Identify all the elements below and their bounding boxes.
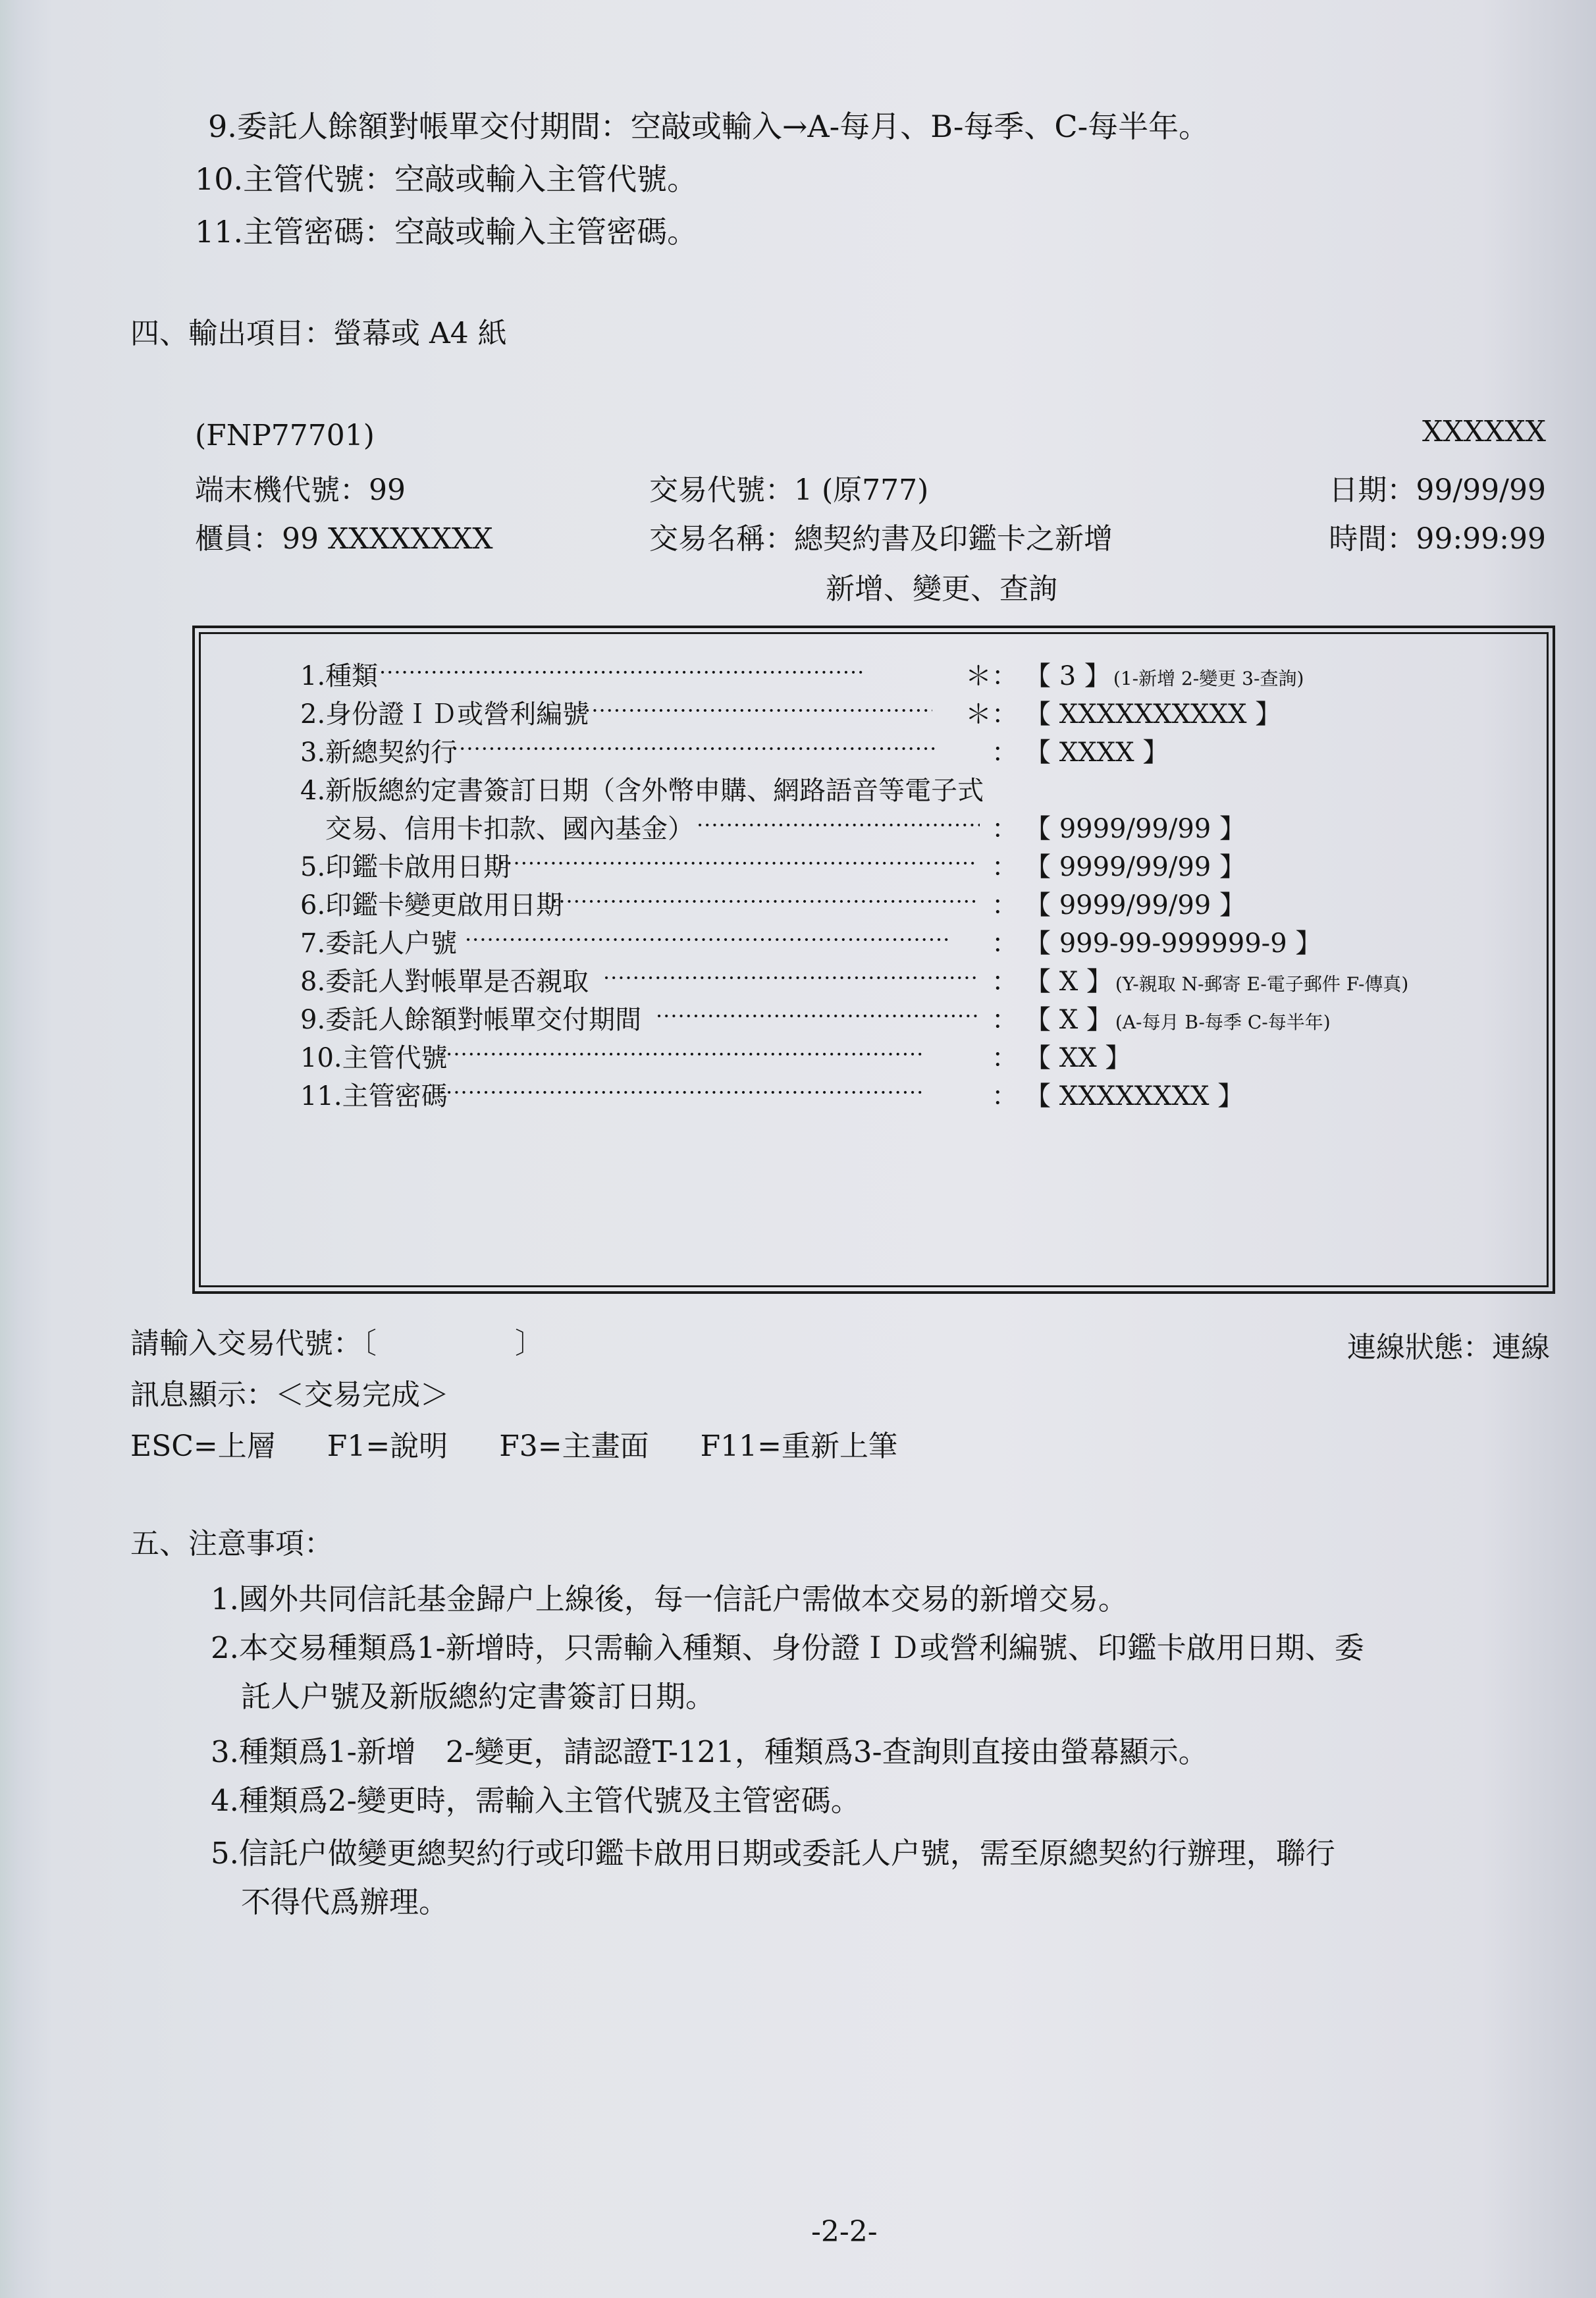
field-label: 11.主管密碼 bbox=[300, 1075, 448, 1113]
leader-dots: ········································… bbox=[697, 813, 980, 839]
required-marker: ＊ bbox=[965, 655, 992, 693]
field-label: 4.新版總約定書簽訂日期（含外幣申購、網路語音等電子式 bbox=[300, 770, 984, 807]
field-value-contract-branch[interactable]: 【 XXXX 】 bbox=[1024, 732, 1169, 769]
teller-label: 櫃員：99 XXXXXXXX bbox=[195, 515, 493, 557]
field-label: 3.新總契約行 bbox=[300, 732, 457, 769]
screen-id: (FNP77701) bbox=[195, 419, 375, 452]
field-label: 2.身份證ＩＤ或營利編號 bbox=[300, 693, 589, 731]
colon: ： bbox=[992, 1037, 1018, 1075]
note-item-5: 5.信託户做變更總契約行或印鑑卡啟用日期或委託人户號，需至原總契約行辦理，聯行 bbox=[211, 1829, 1335, 1872]
fkey-f11[interactable]: F11=重新上筆 bbox=[701, 1430, 897, 1463]
output-section-heading: 四、輸出項目：螢幕或 A4 紙 bbox=[130, 309, 507, 352]
field-value-supervisor-code[interactable]: 【 XX 】 bbox=[1024, 1037, 1131, 1075]
leader-dots: ········································… bbox=[544, 889, 978, 915]
txn-name-label: 交易名稱：總契約書及印鑑卡之新增 bbox=[649, 515, 1113, 557]
terminal-label: 端末機代號：99 bbox=[195, 466, 406, 508]
field-hint: (A-每月 B-每季 C-每半年) bbox=[1115, 1011, 1331, 1033]
note-item-1: 1.國外共同信託基金歸户上線後，每一信託户需做本交易的新增交易。 bbox=[211, 1575, 1128, 1618]
note-item-3: 3.種類爲1-新增 2-變更，請認證T-121，種類爲3-查詢則直接由螢幕顯示。 bbox=[211, 1728, 1208, 1771]
colon: ： bbox=[992, 655, 1018, 693]
field-value-supervisor-password[interactable]: 【 XXXXXXXX 】 bbox=[1024, 1075, 1244, 1113]
colon: ： bbox=[992, 846, 1018, 884]
message-display: 訊息顯示：＜交易完成＞ bbox=[130, 1371, 449, 1413]
field-label-line2: 交易、信用卡扣款、國內基金） bbox=[325, 808, 694, 845]
field-value-seal-change-date[interactable]: 【 9999/99/99 】 bbox=[1024, 884, 1246, 922]
note-item-2: 2.本交易種類爲1-新增時，只需輸入種類、身份證ＩＤ或營利編號、印鑑卡啟用日期、… bbox=[211, 1624, 1364, 1667]
leader-dots: ········································… bbox=[491, 851, 978, 877]
fkey-f3[interactable]: F3=主畫面 bbox=[499, 1430, 649, 1463]
field-hint: (1-新增 2-變更 3-查詢) bbox=[1113, 668, 1304, 689]
leader-dots: ········································… bbox=[656, 1003, 978, 1030]
field-row-id: 2.身份證ＩＤ或營利編號 ···························… bbox=[300, 693, 589, 731]
time-label: 時間：99:99:99 bbox=[1329, 515, 1546, 557]
field-row-type: 1.種類 ···································… bbox=[300, 655, 378, 693]
field-row-contract-branch: 3.新總契約行 ································… bbox=[300, 731, 457, 769]
field-value-statement-period[interactable]: 【 X 】(A-每月 B-每季 C-每半年) bbox=[1024, 999, 1331, 1036]
input-spec-item-11: 11.主管密碼：空敲或輸入主管密碼。 bbox=[195, 208, 697, 252]
field-row-seal-start-date: 5.印鑑卡啟用日期 ······························… bbox=[300, 845, 510, 884]
note-item-4: 4.種類爲2-變更時，需輸入主管代號及主管密碼。 bbox=[211, 1777, 861, 1819]
connection-status: 連線狀態：連線 bbox=[1347, 1323, 1550, 1366]
page-number: -2-2- bbox=[811, 2215, 878, 2249]
field-hint: (Y-親取 N-郵寄 E-電子郵件 F-傳真) bbox=[1115, 973, 1408, 995]
leader-dots: ········································… bbox=[452, 736, 978, 762]
note-item-2-cont: 託人户號及新版總約定書簽訂日期。 bbox=[241, 1672, 715, 1715]
field-row-agreement-date-line1: 4.新版總約定書簽訂日期（含外幣申購、網路語音等電子式 bbox=[300, 769, 984, 807]
notes-section-heading: 五、注意事項： bbox=[130, 1520, 333, 1562]
leader-dots: ········································… bbox=[439, 1042, 978, 1068]
field-row-supervisor-password: 11.主管密碼 ································… bbox=[300, 1075, 448, 1113]
field-row-agreement-date: 交易、信用卡扣款、國內基金） ·························… bbox=[325, 807, 694, 845]
txn-code-prompt-label: 請輸入交易代號：〔 bbox=[130, 1327, 377, 1360]
colon: ： bbox=[992, 1075, 1018, 1113]
field-label: 6.印鑑卡變更啟用日期 bbox=[300, 884, 562, 922]
field-label: 5.印鑑卡啟用日期 bbox=[300, 846, 510, 884]
leader-dots: ········································… bbox=[465, 927, 978, 953]
field-row-supervisor-code: 10.主管代號 ································… bbox=[300, 1036, 448, 1075]
colon: ： bbox=[992, 884, 1018, 922]
field-row-seal-change-date: 6.印鑑卡變更啟用日期 ····························… bbox=[300, 884, 562, 922]
leader-dots: ········································… bbox=[577, 698, 932, 724]
colon: ： bbox=[992, 732, 1018, 769]
required-marker: ＊ bbox=[965, 693, 992, 731]
colon: ： bbox=[992, 999, 1018, 1036]
txn-code-prompt: 請輸入交易代號：〔〕 bbox=[130, 1320, 544, 1362]
field-value-statement-pickup[interactable]: 【 X 】(Y-親取 N-郵寄 E-電子郵件 F-傳真) bbox=[1024, 961, 1408, 998]
note-item-5-cont: 不得代爲辦理。 bbox=[241, 1878, 448, 1921]
colon: ： bbox=[992, 693, 1018, 731]
colon: ： bbox=[992, 808, 1018, 845]
txn-code-label: 交易代號：1 (原777) bbox=[649, 466, 928, 508]
fkey-f1[interactable]: F1=說明 bbox=[327, 1430, 448, 1463]
field-label: 8.委託人對帳單是否親取 bbox=[300, 961, 589, 998]
field-value-id[interactable]: 【 XXXXXXXXXX 】 bbox=[1024, 693, 1281, 731]
leader-dots: ········································… bbox=[379, 660, 932, 686]
leader-dots: ········································… bbox=[439, 1080, 978, 1106]
field-row-account-no: 7.委託人户號 ································… bbox=[300, 922, 457, 960]
leader-dots: ········································… bbox=[603, 965, 978, 992]
field-row-statement-pickup: 8.委託人對帳單是否親取 ···························… bbox=[300, 960, 589, 998]
field-value-account-no[interactable]: 【 999-99-999999-9 】 bbox=[1024, 922, 1321, 960]
field-label: 7.委託人户號 bbox=[300, 922, 457, 960]
colon: ： bbox=[992, 922, 1018, 960]
colon: ： bbox=[992, 961, 1018, 998]
txn-code-prompt-close: 〕 bbox=[515, 1327, 544, 1360]
input-spec-item-9: 9.委託人餘額對帳單交付期間：空敲或輸入→A-每月、B-每季、C-每半年。 bbox=[208, 103, 1209, 146]
field-label: 10.主管代號 bbox=[300, 1037, 448, 1075]
function-keys-bar: ESC=上層 F1=說明 F3=主畫面 F11=重新上筆 bbox=[130, 1422, 940, 1464]
field-value-agreement-date[interactable]: 【 9999/99/99 】 bbox=[1024, 808, 1246, 845]
field-value-seal-start-date[interactable]: 【 9999/99/99 】 bbox=[1024, 846, 1246, 884]
field-row-statement-period: 9.委託人餘額對帳單交付期間 ·························… bbox=[300, 998, 641, 1036]
field-label: 9.委託人餘額對帳單交付期間 bbox=[300, 999, 641, 1036]
fkey-esc[interactable]: ESC=上層 bbox=[130, 1430, 276, 1463]
input-spec-item-10: 10.主管代號：空敲或輸入主管代號。 bbox=[195, 155, 697, 199]
date-label: 日期：99/99/99 bbox=[1329, 466, 1546, 508]
field-label: 1.種類 bbox=[300, 655, 378, 693]
field-value-type[interactable]: 【 3 】(1-新增 2-變更 3-查詢) bbox=[1024, 655, 1304, 693]
screen-top-right-code: XXXXXX bbox=[1422, 415, 1546, 448]
txn-name-line2: 新增、變更、查詢 bbox=[826, 565, 1057, 607]
